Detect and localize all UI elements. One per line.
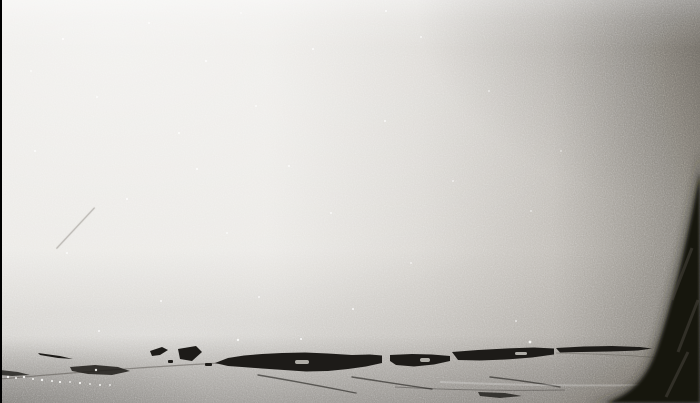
photo-left-border — [0, 0, 2, 403]
wheel-arch-shadow — [0, 0, 700, 403]
car-panel-photo — [0, 0, 700, 403]
corner-shadow-path — [606, 172, 700, 403]
